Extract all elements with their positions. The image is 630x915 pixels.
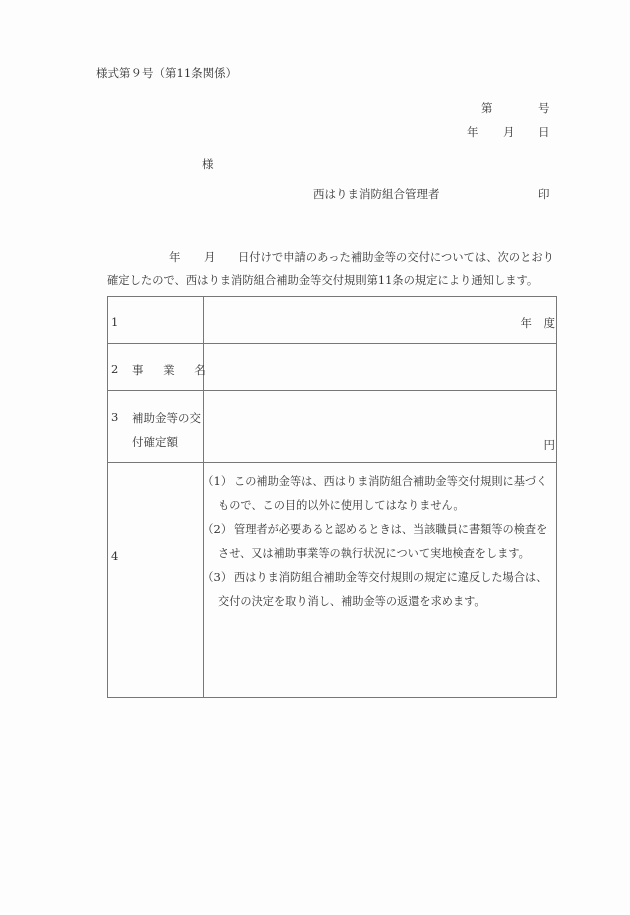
condition-2-marker: （2）: [202, 521, 232, 537]
number-suffix: 号: [538, 100, 550, 116]
body-month: 月: [204, 249, 216, 265]
date-month: 月: [503, 124, 515, 140]
condition-1-line1: この補助金等は、西はりま消防組合補助金等交付規則に基づく: [234, 473, 547, 489]
sender-name: 西はりま消防組合管理者: [313, 186, 440, 202]
row3-number: 3: [111, 410, 118, 424]
number-prefix: 第: [481, 100, 493, 116]
seal-mark: 印: [538, 186, 550, 202]
addressee-suffix: 様: [202, 156, 214, 172]
project-name-label: 事 業 名: [132, 362, 214, 378]
row4-label: 4: [111, 549, 118, 563]
row2-number: 2: [111, 362, 118, 376]
body-line1: 日付けで申請のあった補助金等の交付については、次のとおり: [238, 249, 554, 265]
body-year: 年: [169, 249, 181, 265]
condition-2-line1: 管理者が必要あると認めるときは、当該職員に書類等の検査を: [234, 521, 547, 537]
condition-2-line2: させ、又は補助事業等の執行状況について実地検査をします。: [218, 545, 530, 561]
condition-3-marker: （3）: [202, 569, 232, 585]
condition-1-line2: もので、この目的以外に使用してはなりません。: [218, 497, 465, 513]
condition-3-line2: 交付の決定を取り消し、補助金等の返還を求めます。: [218, 593, 486, 609]
date-day: 日: [538, 124, 550, 140]
table-row-divider: [108, 462, 556, 463]
condition-1-marker: （1）: [202, 473, 232, 489]
row1-label: 1: [111, 315, 118, 329]
amount-label-line1: 補助金等の交: [132, 410, 201, 426]
fiscal-year-field: 年 度: [521, 315, 556, 331]
yen-unit: 円: [544, 437, 556, 453]
body-line2: 確定したので、西はりま消防組合補助金等交付規則第11条の規定により通知します。: [107, 272, 538, 288]
table-column-divider: [203, 297, 204, 697]
form-label: 様式第９号（第11条関係）: [96, 65, 237, 81]
amount-label-line2: 付確定額: [132, 434, 178, 450]
date-year: 年: [467, 124, 479, 140]
table-row-divider: [108, 390, 556, 391]
details-table: 1 年 度 2 事 業 名 3 補助金等の交 付確定額 円 4 （1） この補助…: [107, 296, 557, 698]
condition-3-line1: 西はりま消防組合補助金等交付規則の規定に違反した場合は、: [234, 569, 547, 585]
table-row-divider: [108, 343, 556, 344]
